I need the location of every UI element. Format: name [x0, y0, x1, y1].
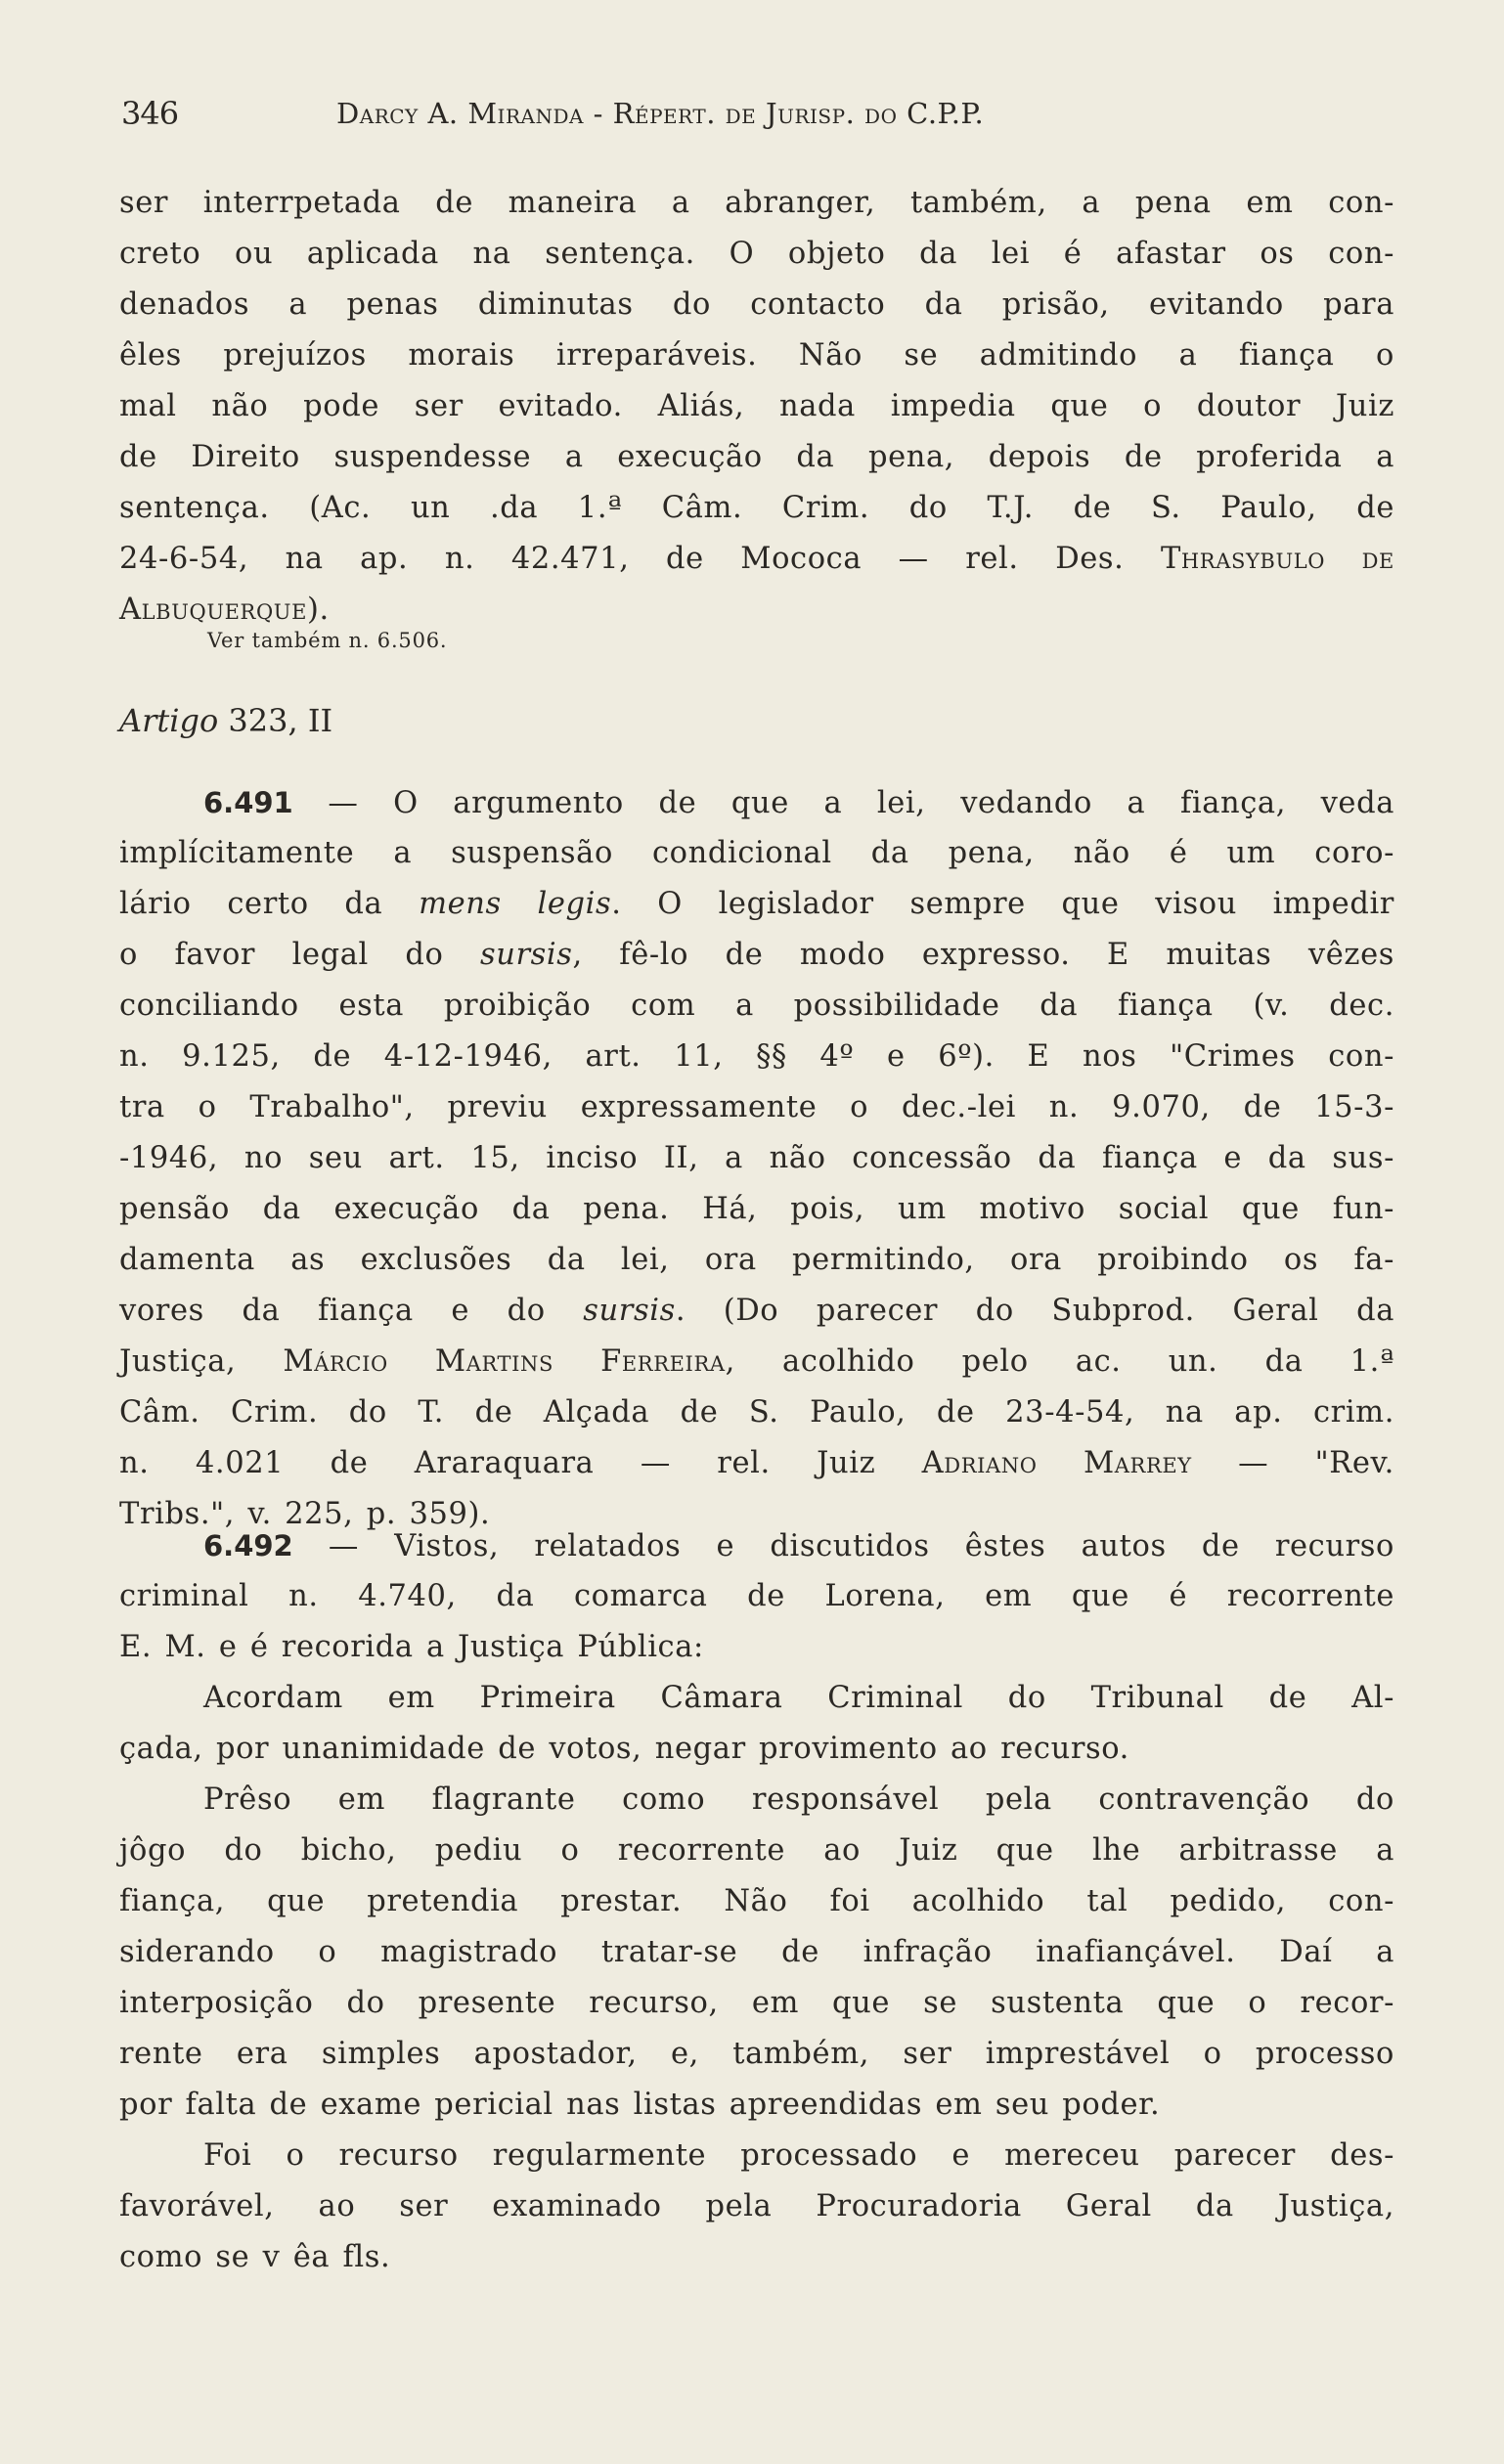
- see-also-reference: Ver também n. 6.506.: [207, 626, 447, 655]
- text-line: n. 9.125, de 4-12-1946, art. 11, §§ 4º e…: [119, 1032, 1394, 1082]
- text-line: Prêso em flagrante como responsável pela…: [119, 1775, 1394, 1826]
- text-line: fiança, que pretendia prestar. Não foi a…: [119, 1876, 1394, 1927]
- text-line: lário certo da mens legis. O legislador …: [119, 879, 1394, 930]
- text-line: por falta de exame pericial nas listas a…: [119, 2080, 1394, 2131]
- page-number: 346: [121, 94, 178, 133]
- latin-term: mens legis: [419, 887, 611, 921]
- text-line: Acordam em Primeira Câmara Criminal do T…: [119, 1673, 1394, 1724]
- text-line: como se v êa fls.: [119, 2232, 1394, 2283]
- text-line: rente era simples apostador, e, também, …: [119, 2029, 1394, 2080]
- latin-term: sursis: [480, 938, 573, 972]
- entry-number: 6.491: [203, 786, 293, 819]
- article-heading-label: Artigo: [119, 702, 218, 739]
- text-line: Justiça, Márcio Martins Ferreira, acolhi…: [119, 1337, 1394, 1387]
- running-title: Darcy A. Miranda - Répert. de Jurisp. do…: [336, 94, 984, 133]
- text-line: criminal n. 4.740, da comarca de Lorena,…: [119, 1571, 1394, 1622]
- judge-name: Thrasybulo de: [1161, 542, 1394, 576]
- entry-6491: 6.491 — O argumento de que a lei, vedand…: [119, 777, 1394, 1540]
- text-line: vores da fiança e do sursis. (Do parecer…: [119, 1286, 1394, 1337]
- text-line: implícitamente a suspensão condicional d…: [119, 828, 1394, 879]
- text-line: ser interrpetada de maneira a abranger, …: [119, 178, 1394, 229]
- text-line: tra o Trabalho", previu expressamente o …: [119, 1082, 1394, 1133]
- article-heading-number: 323, II: [218, 702, 332, 739]
- text-line: interposição do presente recurso, em que…: [119, 1978, 1394, 2029]
- text-line: Foi o recurso regularmente processado e …: [119, 2131, 1394, 2181]
- text-line: 6.492 — Vistos, relatados e discutidos ê…: [119, 1520, 1394, 1571]
- text-line: 6.491 — O argumento de que a lei, vedand…: [119, 777, 1394, 828]
- text-line: favorável, ao ser examinado pela Procura…: [119, 2181, 1394, 2232]
- entry-number: 6.492: [203, 1529, 293, 1562]
- continuation-paragraph: ser interrpetada de maneira a abranger, …: [119, 178, 1394, 636]
- text-line: sentença. (Ac. un .da 1.ª Câm. Crim. do …: [119, 483, 1394, 534]
- text-line: conciliando esta proibição com a possibi…: [119, 981, 1394, 1032]
- rapporteur-name: Adriano Marrey: [922, 1446, 1192, 1480]
- text-line: siderando o magistrado tratar-se de infr…: [119, 1927, 1394, 1978]
- text-line: êles prejuízos morais irreparáveis. Não …: [119, 330, 1394, 381]
- text-line: Câm. Crim. do T. de Alçada de S. Paulo, …: [119, 1387, 1394, 1438]
- text-line: creto ou aplicada na sentença. O objeto …: [119, 229, 1394, 280]
- text-line: jôgo do bicho, pediu o recorrente ao Jui…: [119, 1826, 1394, 1876]
- text-line: n. 4.021 de Araraquara — rel. Juiz Adria…: [119, 1438, 1394, 1489]
- text-line: 24-6-54, na ap. n. 42.471, de Mococa — r…: [119, 534, 1394, 585]
- text-line: mal não pode ser evitado. Aliás, nada im…: [119, 381, 1394, 432]
- latin-term: sursis: [583, 1294, 676, 1328]
- text-line: -1946, no seu art. 15, inciso II, a não …: [119, 1133, 1394, 1184]
- running-header: 346 Darcy A. Miranda - Répert. de Jurisp…: [119, 94, 1394, 133]
- text-line: pensão da execução da pena. Há, pois, um…: [119, 1184, 1394, 1235]
- text-line: damenta as exclusões da lei, ora permiti…: [119, 1235, 1394, 1286]
- article-heading: Artigo 323, II: [119, 699, 332, 742]
- text-line: de Direito suspendesse a execução da pen…: [119, 432, 1394, 483]
- text-line: denados a penas diminutas do contacto da…: [119, 280, 1394, 330]
- entry-6492: 6.492 — Vistos, relatados e discutidos ê…: [119, 1520, 1394, 2283]
- text-line: çada, por unanimidade de votos, negar pr…: [119, 1724, 1394, 1775]
- text-line: E. M. e é recorida a Justiça Pública:: [119, 1622, 1394, 1673]
- text-line: o favor legal do sursis, fê-lo de modo e…: [119, 930, 1394, 981]
- subprocurador-name: Márcio Martins Ferreira: [283, 1344, 725, 1379]
- citation-text: 24-6-54, na ap. n. 42.471, de Mococa — r…: [119, 542, 1161, 576]
